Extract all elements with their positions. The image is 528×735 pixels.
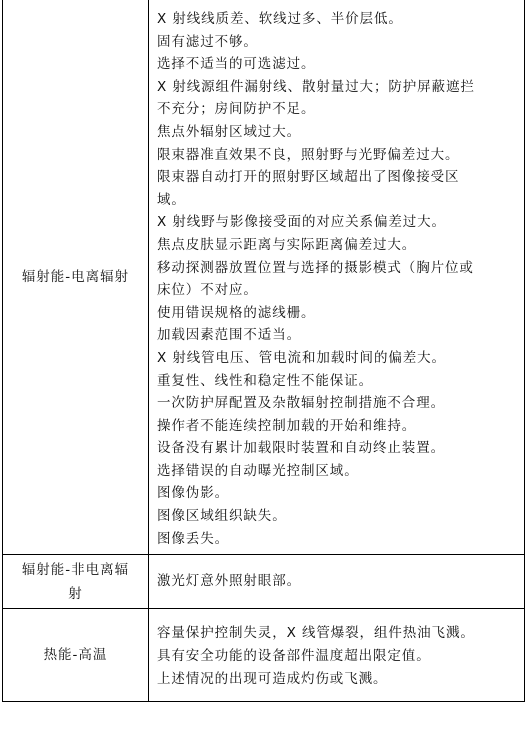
category-label: 辐射能-电离辐射: [22, 269, 129, 285]
hazard-table: 辐射能-电离辐射 X 射线线质差、软线过多、半价层低。 固有滤过不够。 选择不适…: [2, 0, 525, 702]
hazard-item: 限束器准直效果不良，照射野与光野偏差过大。: [157, 144, 524, 167]
hazard-item: 具有安全功能的设备部件温度超出限定值。: [157, 645, 524, 668]
hazard-list-cell: X 射线线质差、软线过多、半价层低。 固有滤过不够。 选择不适当的可选滤过。 X…: [149, 0, 525, 555]
category-cell: 热能-高温: [3, 609, 149, 702]
hazard-item: 上述情况的出现可造成灼伤或飞溅。: [157, 668, 524, 691]
hazard-item: 图像区域组织缺失。: [157, 505, 524, 528]
hazard-item: 域。: [157, 189, 524, 212]
table-row-non-ionizing-radiation: 辐射能-非电离辐 射 激光灯意外照射眼部。: [3, 555, 525, 609]
hazard-item: 选择错误的自动曝光控制区域。: [157, 460, 524, 483]
hazard-item: X 射线线质差、软线过多、半价层低。: [157, 8, 524, 31]
hazard-item: 使用错误规格的滤线栅。: [157, 302, 524, 325]
hazard-item: 选择不适当的可选滤过。: [157, 53, 524, 76]
hazard-item: 不充分；房间防护不足。: [157, 98, 524, 121]
hazard-item: 设备没有累计加载限时装置和自动终止装置。: [157, 437, 524, 460]
hazard-item: 图像伪影。: [157, 482, 524, 505]
hazard-item: 图像丢失。: [157, 528, 524, 551]
category-label: 热能-高温: [44, 647, 108, 663]
category-cell: 辐射能-电离辐射: [3, 0, 149, 555]
hazard-list-cell: 容量保护控制失灵，X 线管爆裂，组件热油飞溅。 具有安全功能的设备部件温度超出限…: [149, 609, 525, 702]
hazard-item: 激光灯意外照射眼部。: [157, 570, 524, 593]
hazard-item: 重复性、线性和稳定性不能保证。: [157, 370, 524, 393]
hazard-item: 移动探测器放置位置与选择的摄影模式（胸片位或: [157, 257, 524, 280]
hazard-item: X 射线管电压、管电流和加载时间的偏差大。: [157, 347, 524, 370]
table-row-ionizing-radiation: 辐射能-电离辐射 X 射线线质差、软线过多、半价层低。 固有滤过不够。 选择不适…: [3, 0, 525, 555]
hazard-item: 焦点外辐射区域过大。: [157, 121, 524, 144]
hazard-item: 操作者不能连续控制加载的开始和维持。: [157, 415, 524, 438]
category-label-line: 辐射能-非电离辐: [3, 558, 148, 582]
hazard-item: 加载因素范围不适当。: [157, 324, 524, 347]
hazard-item: 固有滤过不够。: [157, 31, 524, 54]
hazard-item: 容量保护控制失灵，X 线管爆裂，组件热油飞溅。: [157, 622, 524, 645]
hazard-item: 一次防护屏配置及杂散辐射控制措施不合理。: [157, 392, 524, 415]
table-row-thermal-high-temperature: 热能-高温 容量保护控制失灵，X 线管爆裂，组件热油飞溅。 具有安全功能的设备部…: [3, 609, 525, 702]
category-cell: 辐射能-非电离辐 射: [3, 555, 149, 609]
hazard-item: 限束器自动打开的照射野区域超出了图像接受区: [157, 166, 524, 189]
hazard-item: X 射线野与影像接受面的对应关系偏差过大。: [157, 211, 524, 234]
category-label-line: 射: [3, 582, 148, 606]
hazard-item: X 射线源组件漏射线、散射量过大；防护屏蔽遮拦: [157, 76, 524, 99]
hazard-item: 床位）不对应。: [157, 279, 524, 302]
hazard-item: 焦点皮肤显示距离与实际距离偏差过大。: [157, 234, 524, 257]
hazard-list-cell: 激光灯意外照射眼部。: [149, 555, 525, 609]
